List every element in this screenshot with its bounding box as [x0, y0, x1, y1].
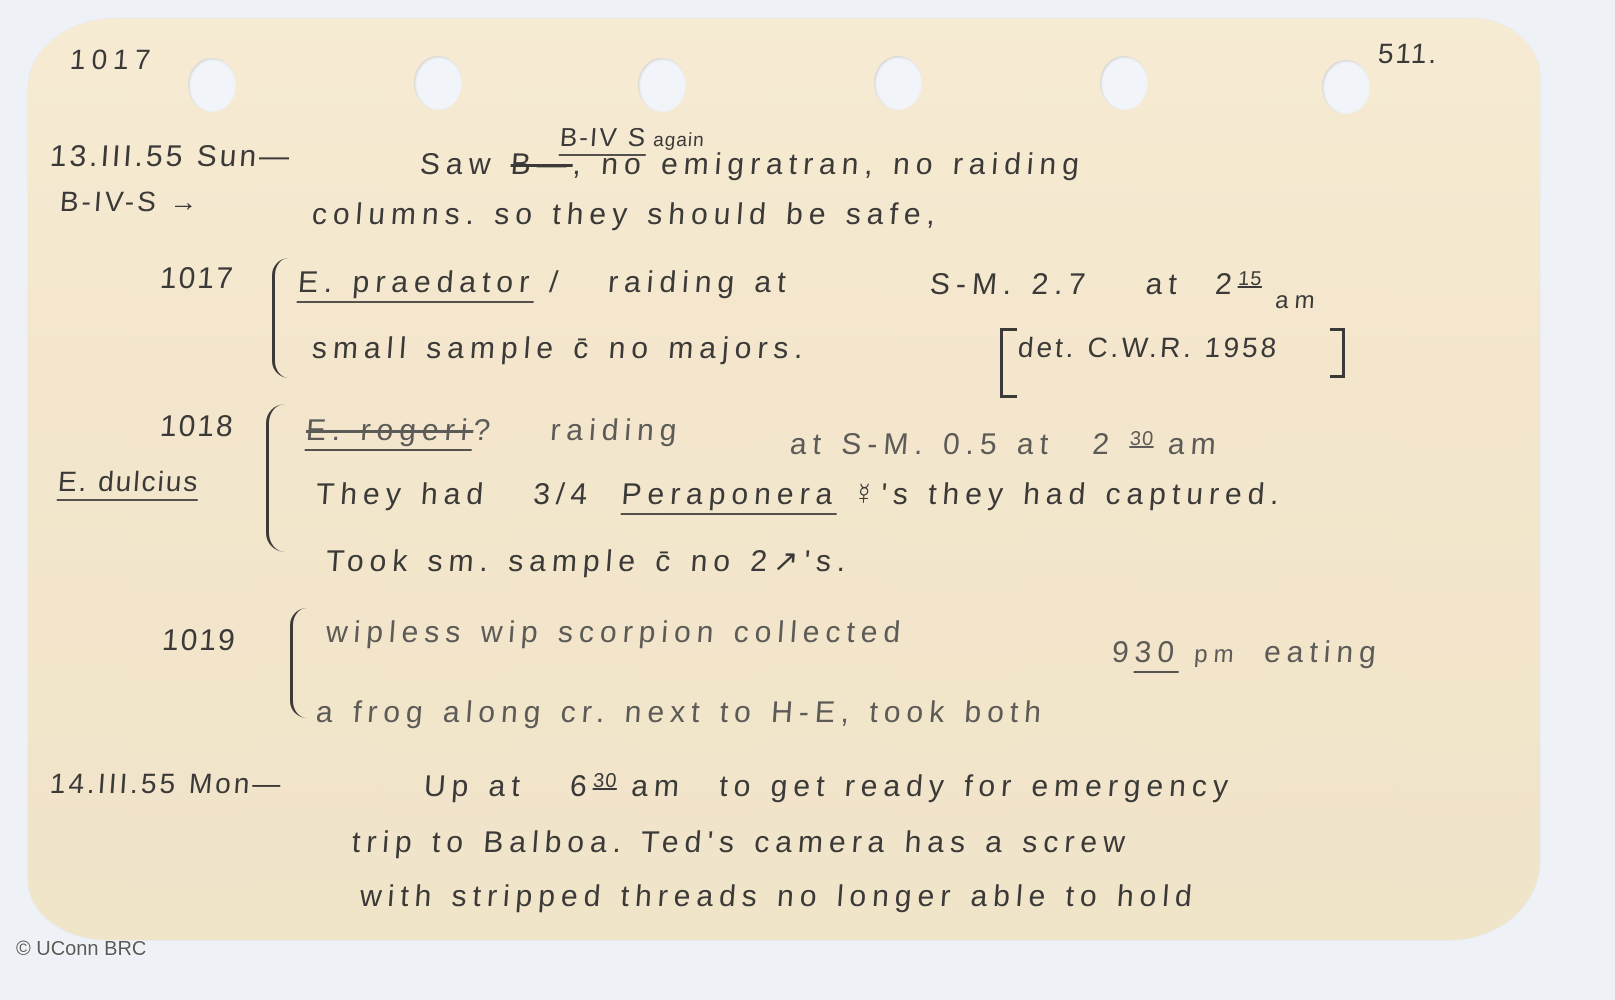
- e1018-line3: Took sm. sample c̄ no 2↗'s.: [325, 544, 853, 579]
- punch-hole: [638, 58, 686, 112]
- e1018-location-time: at S-M. 0.5 at 2 30 am: [789, 428, 1223, 462]
- day2-line2: trip to Balboa. Ted's camera has a screw: [351, 826, 1132, 860]
- date-14-iii-55: 14.III.55 Mon—: [49, 768, 285, 800]
- specimen-number-1019: 1019: [161, 624, 238, 658]
- day2-line1: Up at 630 am to get ready for emergency: [423, 770, 1235, 804]
- e1018-line2: They had 3/4 Peraponera ☿'s they had cap…: [315, 478, 1286, 512]
- det-bracket-right: [1330, 328, 1345, 378]
- copyright-watermark: © UConn BRC: [16, 938, 146, 961]
- e1019-line1: wipless wip scorpion collected: [325, 616, 908, 650]
- brace-1017: [272, 258, 289, 378]
- det-note: det. C.W.R. 1958: [1017, 332, 1280, 364]
- e1019-time: 930 pm eating: [1111, 636, 1383, 670]
- page-number-right: 511.: [1377, 38, 1440, 70]
- day2-line3: with stripped threads no longer able to …: [359, 880, 1199, 914]
- det-bracket-left: [1000, 328, 1017, 398]
- brace-1018: [266, 404, 285, 552]
- e1018-line1: E. rogeri? raiding: [305, 414, 684, 448]
- day1-line2: columns. so they should be safe,: [311, 198, 942, 232]
- margin-species-e-dulcius: E. dulcius: [57, 466, 201, 498]
- brace-1019: [290, 608, 307, 718]
- punch-hole: [874, 56, 922, 110]
- e1017-line2: small sample c̄ no majors.: [311, 332, 810, 366]
- specimen-number-1018: 1018: [159, 410, 236, 444]
- punch-hole: [1100, 56, 1148, 110]
- specimen-number-1017: 1017: [159, 262, 236, 296]
- card-number-left: 1017: [69, 44, 158, 76]
- punch-hole: [188, 58, 236, 112]
- e1017-location-time: S-M. 2.7 at 215 am: [929, 268, 1323, 302]
- date-13-iii-55: 13.III.55 Sun—: [49, 140, 294, 174]
- punch-hole: [1322, 60, 1370, 114]
- e1019-line2: a frog along cr. next to H-E, took both: [315, 696, 1048, 730]
- day1-line1: Saw B—, no emigratran, no raiding: [419, 148, 1086, 182]
- e1017-line1: E. praedator / raiding at: [297, 266, 793, 300]
- margin-note-b-iv-s: B-IV-S →: [59, 186, 202, 218]
- punch-hole: [414, 56, 462, 110]
